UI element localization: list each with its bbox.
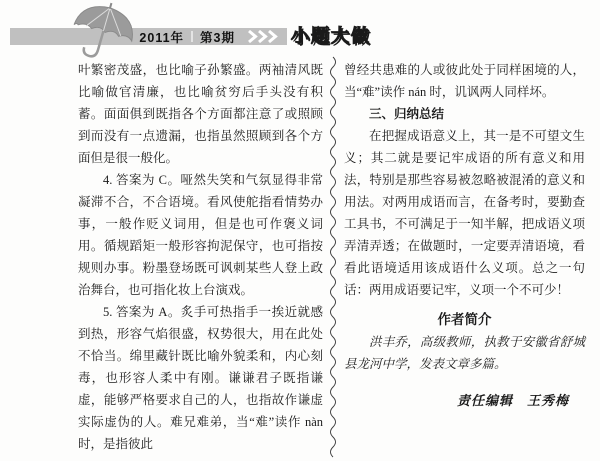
paragraph-continuation-right: 曾经共患难的人或彼此处于同样困境的人，当“难”读作 nán 时，讥讽两人同样坏。 [344,59,585,103]
section-heading: 三、归纳总结 [344,103,585,125]
issue-label: 第3期 [200,28,235,46]
umbrella-icon [64,1,144,68]
magazine-title: 小题大做 [291,27,371,45]
right-column: 曾经共患难的人或彼此处于同样困境的人，当“难”读作 nán 时，讥讽两人同样坏。… [344,59,585,412]
paragraph-continuation: 叶繁密茂盛，也比喻子孙繁盛。两袖清风既比喻做官清廉，也比喻贫穷后手头没有积蓄。面… [78,59,323,169]
author-heading: 作者简介 [344,309,585,331]
triple-chevron-right-icon [246,29,282,44]
magazine-page: 2011年 第3期 小题大做 叶繁密茂盛，也比喻子孙繁盛。两袖清风既比喻做官清廉… [0,0,600,461]
year-label: 2011年 [139,28,184,46]
paragraph-answer-5: 5. 答案为 A。炙手可热指手一挨近就感到热，形容气焰很盛，权势很大，用在此处不… [78,301,323,455]
issue-info: 2011年 第3期 [139,28,235,46]
wavy-column-divider [326,56,340,458]
paragraph-answer-4: 4. 答案为 C。哑然失笑和气氛显得非常凝滞不合，不合语境。看风使舵指看情势办事… [78,169,323,301]
left-column: 叶繁密茂盛，也比喻子孙繁盛。两袖清风既比喻做官清廉，也比喻贫穷后手头没有积蓄。面… [78,59,323,455]
author-bio: 洪丰乔，高级教师，执教于安徽省舒城县龙河中学，发表文章多篇。 [344,331,585,375]
section-body: 在把握成语意义上，其一是不可望文生义；其二就是要记牢成语的所有意义和用法，特别是… [344,125,585,301]
header-bar: 2011年 第3期 [10,28,287,45]
header-separator [191,31,193,42]
editor-credit: 责任编辑 王秀梅 [344,390,585,412]
